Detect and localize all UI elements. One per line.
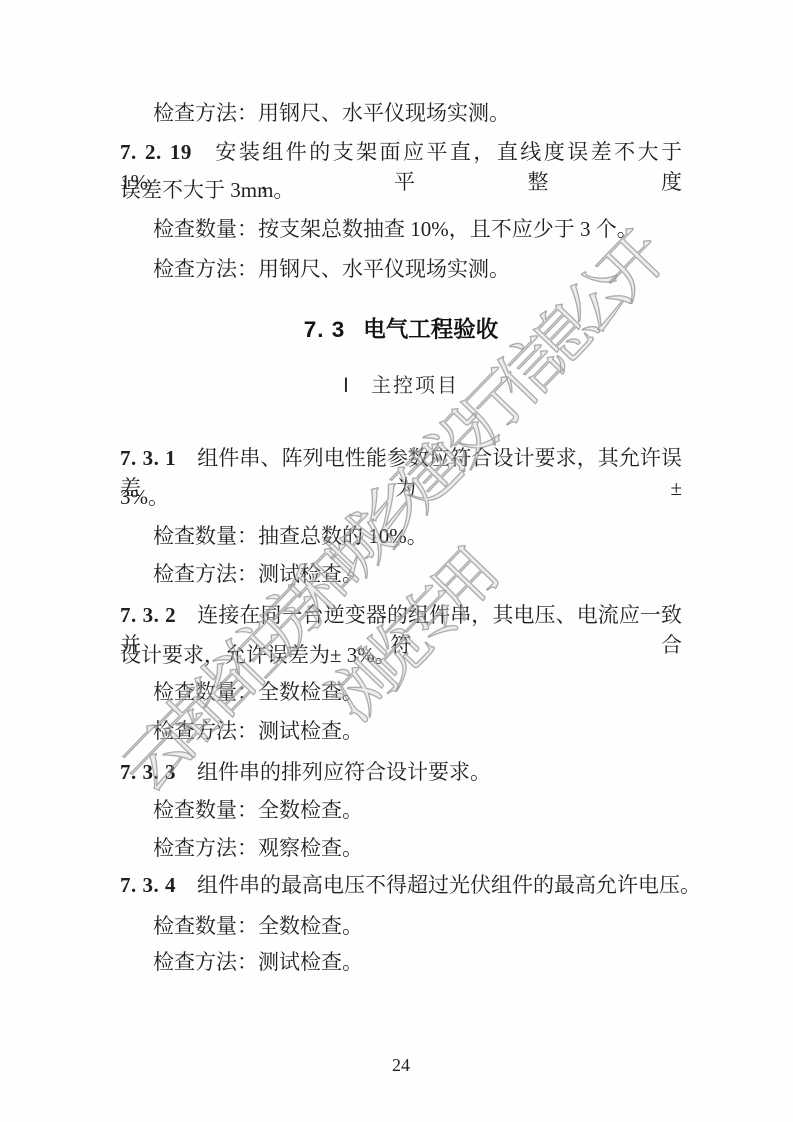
clause-number: 7. 3. 4 <box>120 873 176 897</box>
section-number: 7. 3 <box>304 317 346 342</box>
inspection-method-line: 检查方法：用钢尺、水平仪现场实测。 <box>120 98 715 128</box>
clause-number: 7. 3. 3 <box>120 760 176 784</box>
clause-text: 组件串的最高电压不得超过光伏组件的最高允许电压。 <box>197 873 701 897</box>
clause-number: 7. 3. 1 <box>120 446 176 470</box>
clause-number: 7. 3. 2 <box>120 603 176 627</box>
clause-7-3-4: 7. 3. 4组件串的最高电压不得超过光伏组件的最高允许电压。 <box>120 870 682 900</box>
roman-numeral: Ⅰ <box>343 375 349 397</box>
inspection-method-line: 检查方法：测试检查。 <box>120 716 715 746</box>
inspection-quantity-line: 检查数量：全数检查。 <box>120 795 715 825</box>
inspection-method-line: 检查方法：用钢尺、水平仪现场实测。 <box>120 254 715 284</box>
inspection-quantity-line: 检查数量：抽查总数的 10%。 <box>120 521 715 551</box>
document-page: 云南省住房和城乡建设厅信息公开 浏览专用 检查方法：用钢尺、水平仪现场实测。 7… <box>0 0 793 1122</box>
clause-number: 7. 2. 19 <box>120 140 192 164</box>
clause-7-3-1-continuation: 3%。 <box>120 482 682 512</box>
section-heading-7-3: 7. 3电气工程验收 <box>120 315 682 345</box>
inspection-method-line: 检查方法：观察检查。 <box>120 833 715 863</box>
clause-text: 组件串的排列应符合设计要求。 <box>197 760 491 784</box>
inspection-quantity-line: 检查数量：全数检查。 <box>120 677 715 707</box>
document-body: 检查方法：用钢尺、水平仪现场实测。 7. 2. 19安装组件的支架面应平直，直线… <box>0 0 793 1122</box>
inspection-method-line: 检查方法：测试检查。 <box>120 559 715 589</box>
clause-7-2-19-continuation: 误差不大于 3mm。 <box>120 175 682 205</box>
clause-7-3-3: 7. 3. 3组件串的排列应符合设计要求。 <box>120 757 682 787</box>
subsection-title: 主控项目 <box>371 375 459 397</box>
inspection-quantity-line: 检查数量：按支架总数抽查 10%，且不应少于 3 个。 <box>120 214 715 244</box>
subsection-heading-main-control-items: Ⅰ主控项目 <box>120 372 682 400</box>
clause-7-3-2-continuation: 设计要求，允许误差为± 3%。 <box>120 640 682 670</box>
inspection-method-line: 检查方法：测试检查。 <box>120 947 715 977</box>
page-number: 24 <box>120 1055 682 1076</box>
section-title: 电气工程验收 <box>363 317 498 342</box>
inspection-quantity-line: 检查数量：全数检查。 <box>120 911 715 941</box>
